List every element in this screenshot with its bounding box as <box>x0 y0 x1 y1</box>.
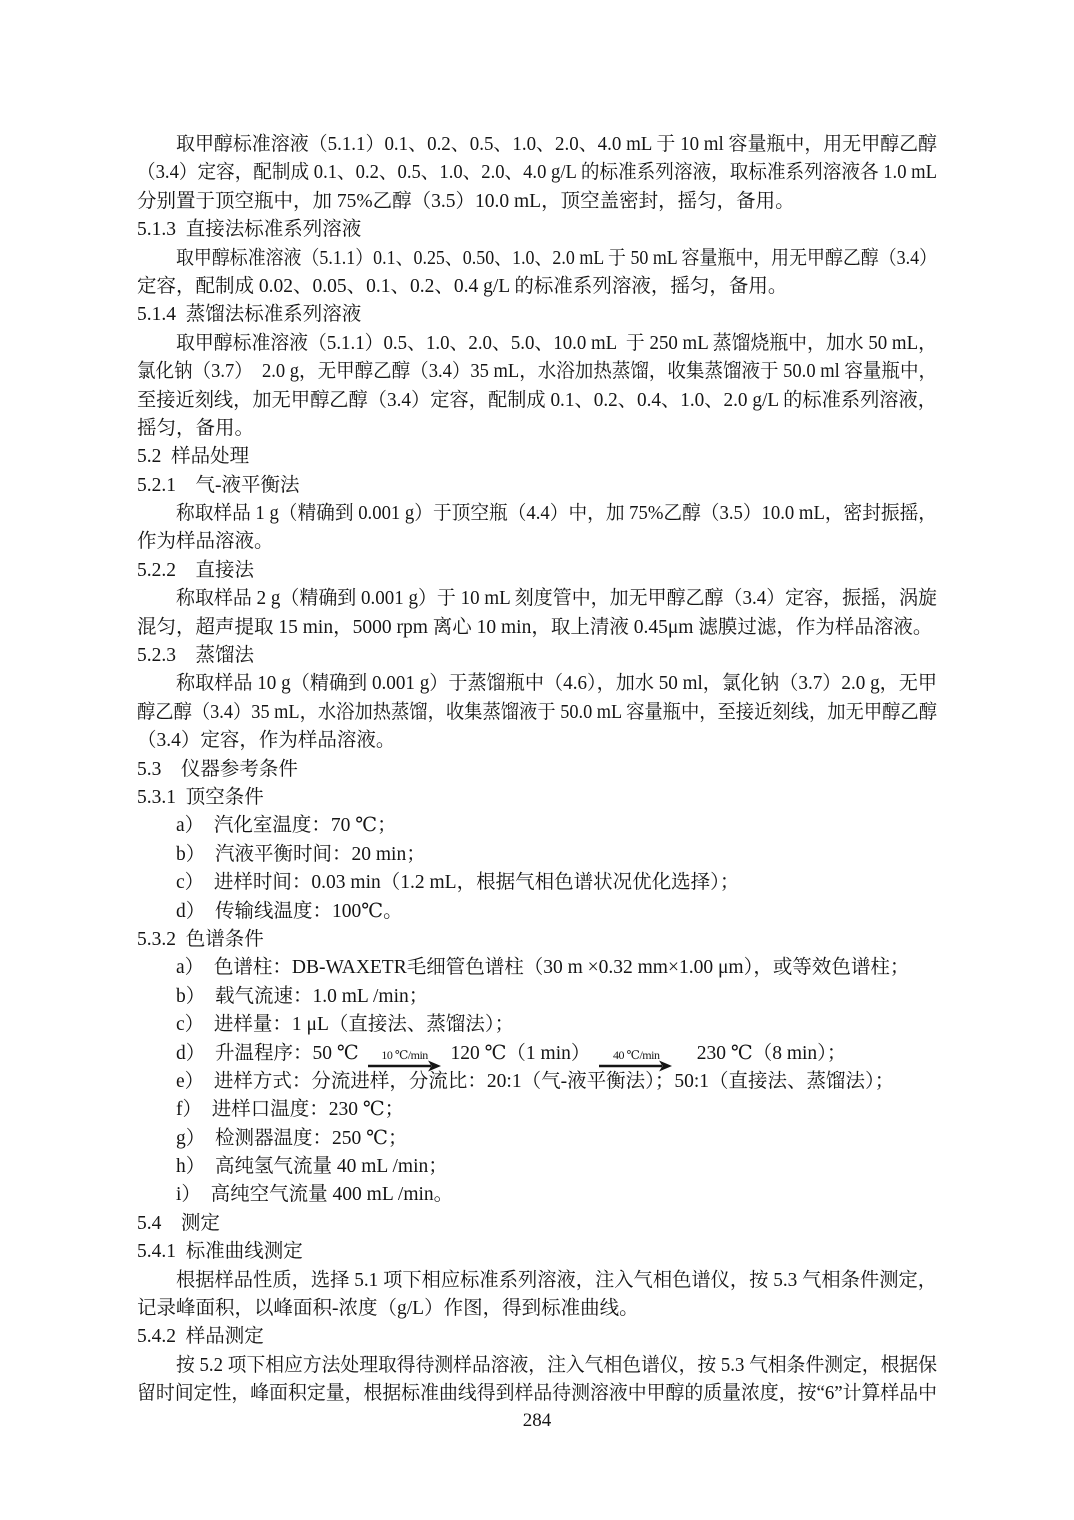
line-text: 称取样品 1 g（精确到 0.001 g）于顶空瓶（4.4）中，加 75%乙醇（… <box>176 500 937 528</box>
list-item-line: a） 汽化室温度：70 ℃； <box>137 812 937 840</box>
paragraph-line: 按 5.2 项下相应方法处理取得待测样品溶液，注入气相色谱仪，按 5.3 气相条… <box>137 1352 937 1380</box>
line-text: 留时间定性，峰面积定量，根据标准曲线得到样品待测溶液中甲醇的质量浓度，按“6”计… <box>137 1380 937 1408</box>
line-text: 醇乙醇（3.4）35 mL，水浴加热蒸馏，收集蒸馏液于 50.0 mL 容量瓶中… <box>137 699 937 727</box>
paragraph-line: 记录峰面积，以峰面积-浓度（g/L）作图，得到标准曲线。 <box>137 1295 937 1323</box>
line-text: 定容，配制成 0.02、0.05、0.1、0.2、0.4 g/L 的标准系列溶液… <box>137 273 787 301</box>
ramp-rate-arrow: 10 ℃/min <box>368 1049 442 1072</box>
paragraph-line: （3.4）定容，作为样品溶液。 <box>137 727 937 755</box>
temp-start: 50 ℃ <box>313 1043 364 1064</box>
list-item-line: c） 进样量：1 μL（直接法、蒸馏法）； <box>137 1011 937 1039</box>
line-text: 称取样品 10 g（精确到 0.001 g）于蒸馏瓶中（4.6），加水 50 m… <box>176 670 937 698</box>
line-text: b） 汽液平衡时间：20 min； <box>176 841 426 869</box>
line-text: 5.3.2 色谱条件 <box>137 926 264 954</box>
line-text: 5.4 测定 <box>137 1210 220 1238</box>
line-text: i） 高纯空气流量 400 mL /min。 <box>176 1181 453 1209</box>
section-heading-line: 5.3.2 色谱条件 <box>137 926 937 954</box>
document-page: 取甲醇标准溶液（5.1.1）0.1、0.2、0.5、1.0、2.0、4.0 mL… <box>0 0 1074 1520</box>
line-text: 5.2.1 气-液平衡法 <box>137 472 300 500</box>
line-text: 5.2.2 直接法 <box>137 557 254 585</box>
paragraph-line: 混匀，超声提取 15 min，5000 rpm 离心 10 min，取上清液 0… <box>137 614 937 642</box>
section-heading-line: 5.2 样品处理 <box>137 443 937 471</box>
list-item-line: g） 检测器温度：250 ℃； <box>137 1125 937 1153</box>
line-text: 作为样品溶液。 <box>137 528 274 556</box>
list-item-line: a） 色谱柱：DB-WAXETR毛细管色谱柱（30 m ×0.32 mm×1.0… <box>137 954 937 982</box>
line-text: 根据样品性质，选择 5.1 项下相应标准系列溶液，注入气相色谱仪，按 5.3 气… <box>176 1267 937 1295</box>
line-text: 取甲醇标准溶液（5.1.1）0.1、0.25、0.50、1.0、2.0 mL 于… <box>176 245 937 273</box>
section-heading-line: 5.2.2 直接法 <box>137 557 937 585</box>
document-content: 取甲醇标准溶液（5.1.1）0.1、0.2、0.5、1.0、2.0、4.0 mL… <box>137 131 937 1409</box>
line-text: 混匀，超声提取 15 min，5000 rpm 离心 10 min，取上清液 0… <box>137 614 932 642</box>
paragraph-line: 氯化钠（3.7） 2.0 g，无甲醇乙醇（3.4）35 mL，水浴加热蒸馏，收集… <box>137 358 937 386</box>
paragraph-line: 根据样品性质，选择 5.1 项下相应标准系列溶液，注入气相色谱仪，按 5.3 气… <box>137 1267 937 1295</box>
line-text: b） 载气流速：1.0 mL /min； <box>176 983 428 1011</box>
line-text: f） 进样口温度：230 ℃； <box>176 1096 404 1124</box>
line-text: 取甲醇标准溶液（5.1.1）0.1、0.2、0.5、1.0、2.0、4.0 mL… <box>176 131 937 159</box>
line-text: （3.4）定容，作为样品溶液。 <box>137 727 395 755</box>
section-heading-line: 5.2.1 气-液平衡法 <box>137 472 937 500</box>
line-text: h） 高纯氢气流量 40 mL /min； <box>176 1153 448 1181</box>
paragraph-line: （3.4）定容，配制成 0.1、0.2、0.5、1.0、2.0、4.0 g/L … <box>137 159 937 187</box>
list-item-line: e） 进样方式：分流进样，分流比：20:1（气-液平衡法）；50:1（直接法、蒸… <box>137 1068 937 1096</box>
list-item-line: c） 进样时间：0.03 min（1.2 mL，根据气相色谱状况优化选择）； <box>137 869 937 897</box>
list-item-line: i） 高纯空气流量 400 mL /min。 <box>137 1181 937 1209</box>
list-item-line: b） 载气流速：1.0 mL /min； <box>137 983 937 1011</box>
paragraph-line: 摇匀，备用。 <box>137 415 937 443</box>
temp-program-line: d） 升温程序：50 ℃ 10 ℃/min 120 ℃（1 min） 40 ℃/… <box>137 1040 937 1068</box>
section-heading-line: 5.4.2 样品测定 <box>137 1323 937 1351</box>
line-text: 5.4.2 样品测定 <box>137 1323 264 1351</box>
line-text: 5.1.4 蒸馏法标准系列溶液 <box>137 301 361 329</box>
paragraph-line: 称取样品 10 g（精确到 0.001 g）于蒸馏瓶中（4.6），加水 50 m… <box>137 670 937 698</box>
list-item-line: f） 进样口温度：230 ℃； <box>137 1096 937 1124</box>
line-text: 按 5.2 项下相应方法处理取得待测样品溶液，注入气相色谱仪，按 5.3 气相条… <box>176 1352 937 1380</box>
line-text: 记录峰面积，以峰面积-浓度（g/L）作图，得到标准曲线。 <box>137 1295 639 1323</box>
line-text: d） 升温程序：50 ℃ 10 ℃/min 120 ℃（1 min） 40 ℃/… <box>176 1040 846 1072</box>
section-heading-line: 5.3 仪器参考条件 <box>137 756 937 784</box>
paragraph-line: 称取样品 1 g（精确到 0.001 g）于顶空瓶（4.4）中，加 75%乙醇（… <box>137 500 937 528</box>
line-text: 至接近刻线，加无甲醇乙醇（3.4）定容，配制成 0.1、0.2、0.4、1.0、… <box>137 387 937 415</box>
list-item-line: b） 汽液平衡时间：20 min； <box>137 841 937 869</box>
line-text: e） 进样方式：分流进样，分流比：20:1（气-液平衡法）；50:1（直接法、蒸… <box>176 1068 894 1096</box>
section-heading-line: 5.4.1 标准曲线测定 <box>137 1238 937 1266</box>
section-heading-line: 5.3.1 顶空条件 <box>137 784 937 812</box>
list-item-line: h） 高纯氢气流量 40 mL /min； <box>137 1153 937 1181</box>
paragraph-line: 醇乙醇（3.4）35 mL，水浴加热蒸馏，收集蒸馏液于 50.0 mL 容量瓶中… <box>137 699 937 727</box>
line-text: 5.2.3 蒸馏法 <box>137 642 254 670</box>
line-text: 5.2 样品处理 <box>137 443 249 471</box>
paragraph-line: 作为样品溶液。 <box>137 528 937 556</box>
line-text: a） 色谱柱：DB-WAXETR毛细管色谱柱（30 m ×0.32 mm×1.0… <box>176 954 909 982</box>
temp-program-prefix: d） 升温程序： <box>176 1043 313 1064</box>
paragraph-line: 取甲醇标准溶液（5.1.1）0.5、1.0、2.0、5.0、10.0 mL 于 … <box>137 330 937 358</box>
line-text: 摇匀，备用。 <box>137 415 254 443</box>
paragraph-line: 分别置于顶空瓶中，加 75%乙醇（3.5）10.0 mL，顶空盖密封，摇匀，备用… <box>137 188 937 216</box>
section-heading-line: 5.1.3 直接法标准系列溶液 <box>137 216 937 244</box>
line-text: 氯化钠（3.7） 2.0 g，无甲醇乙醇（3.4）35 mL，水浴加热蒸馏，收集… <box>137 358 937 386</box>
line-text: （3.4）定容，配制成 0.1、0.2、0.5、1.0、2.0、4.0 g/L … <box>137 159 937 187</box>
line-text: 分别置于顶空瓶中，加 75%乙醇（3.5）10.0 mL，顶空盖密封，摇匀，备用… <box>137 188 795 216</box>
line-text: 5.4.1 标准曲线测定 <box>137 1238 303 1266</box>
line-text: 取甲醇标准溶液（5.1.1）0.5、1.0、2.0、5.0、10.0 mL 于 … <box>176 330 937 358</box>
paragraph-line: 定容，配制成 0.02、0.05、0.1、0.2、0.4 g/L 的标准系列溶液… <box>137 273 937 301</box>
paragraph-line: 取甲醇标准溶液（5.1.1）0.1、0.2、0.5、1.0、2.0、4.0 mL… <box>137 131 937 159</box>
line-text: 5.1.3 直接法标准系列溶液 <box>137 216 361 244</box>
ramp-rate-arrow: 40 ℃/min <box>599 1049 673 1072</box>
section-heading-line: 5.1.4 蒸馏法标准系列溶液 <box>137 301 937 329</box>
temp-end: 230 ℃（8 min）； <box>677 1043 846 1064</box>
line-text: c） 进样时间：0.03 min（1.2 mL，根据气相色谱状况优化选择）； <box>176 869 739 897</box>
paragraph-line: 称取样品 2 g（精确到 0.001 g）于 10 mL 刻度管中，加无甲醇乙醇… <box>137 585 937 613</box>
paragraph-line: 取甲醇标准溶液（5.1.1）0.1、0.25、0.50、1.0、2.0 mL 于… <box>137 245 937 273</box>
line-text: a） 汽化室温度：70 ℃； <box>176 812 397 840</box>
line-text: c） 进样量：1 μL（直接法、蒸馏法）； <box>176 1011 514 1039</box>
line-text: 5.3 仪器参考条件 <box>137 756 298 784</box>
list-item-line: d） 传输线温度：100℃。 <box>137 898 937 926</box>
section-heading-line: 5.2.3 蒸馏法 <box>137 642 937 670</box>
temp-mid: 120 ℃（1 min） <box>446 1043 596 1064</box>
line-text: 5.3.1 顶空条件 <box>137 784 264 812</box>
paragraph-line: 留时间定性，峰面积定量，根据标准曲线得到样品待测溶液中甲醇的质量浓度，按“6”计… <box>137 1380 937 1408</box>
line-text: g） 检测器温度：250 ℃； <box>176 1125 407 1153</box>
line-text: 称取样品 2 g（精确到 0.001 g）于 10 mL 刻度管中，加无甲醇乙醇… <box>176 585 937 613</box>
paragraph-line: 至接近刻线，加无甲醇乙醇（3.4）定容，配制成 0.1、0.2、0.4、1.0、… <box>137 387 937 415</box>
line-text: d） 传输线温度：100℃。 <box>176 898 403 926</box>
section-heading-line: 5.4 测定 <box>137 1210 937 1238</box>
page-number: 284 <box>137 1408 937 1434</box>
